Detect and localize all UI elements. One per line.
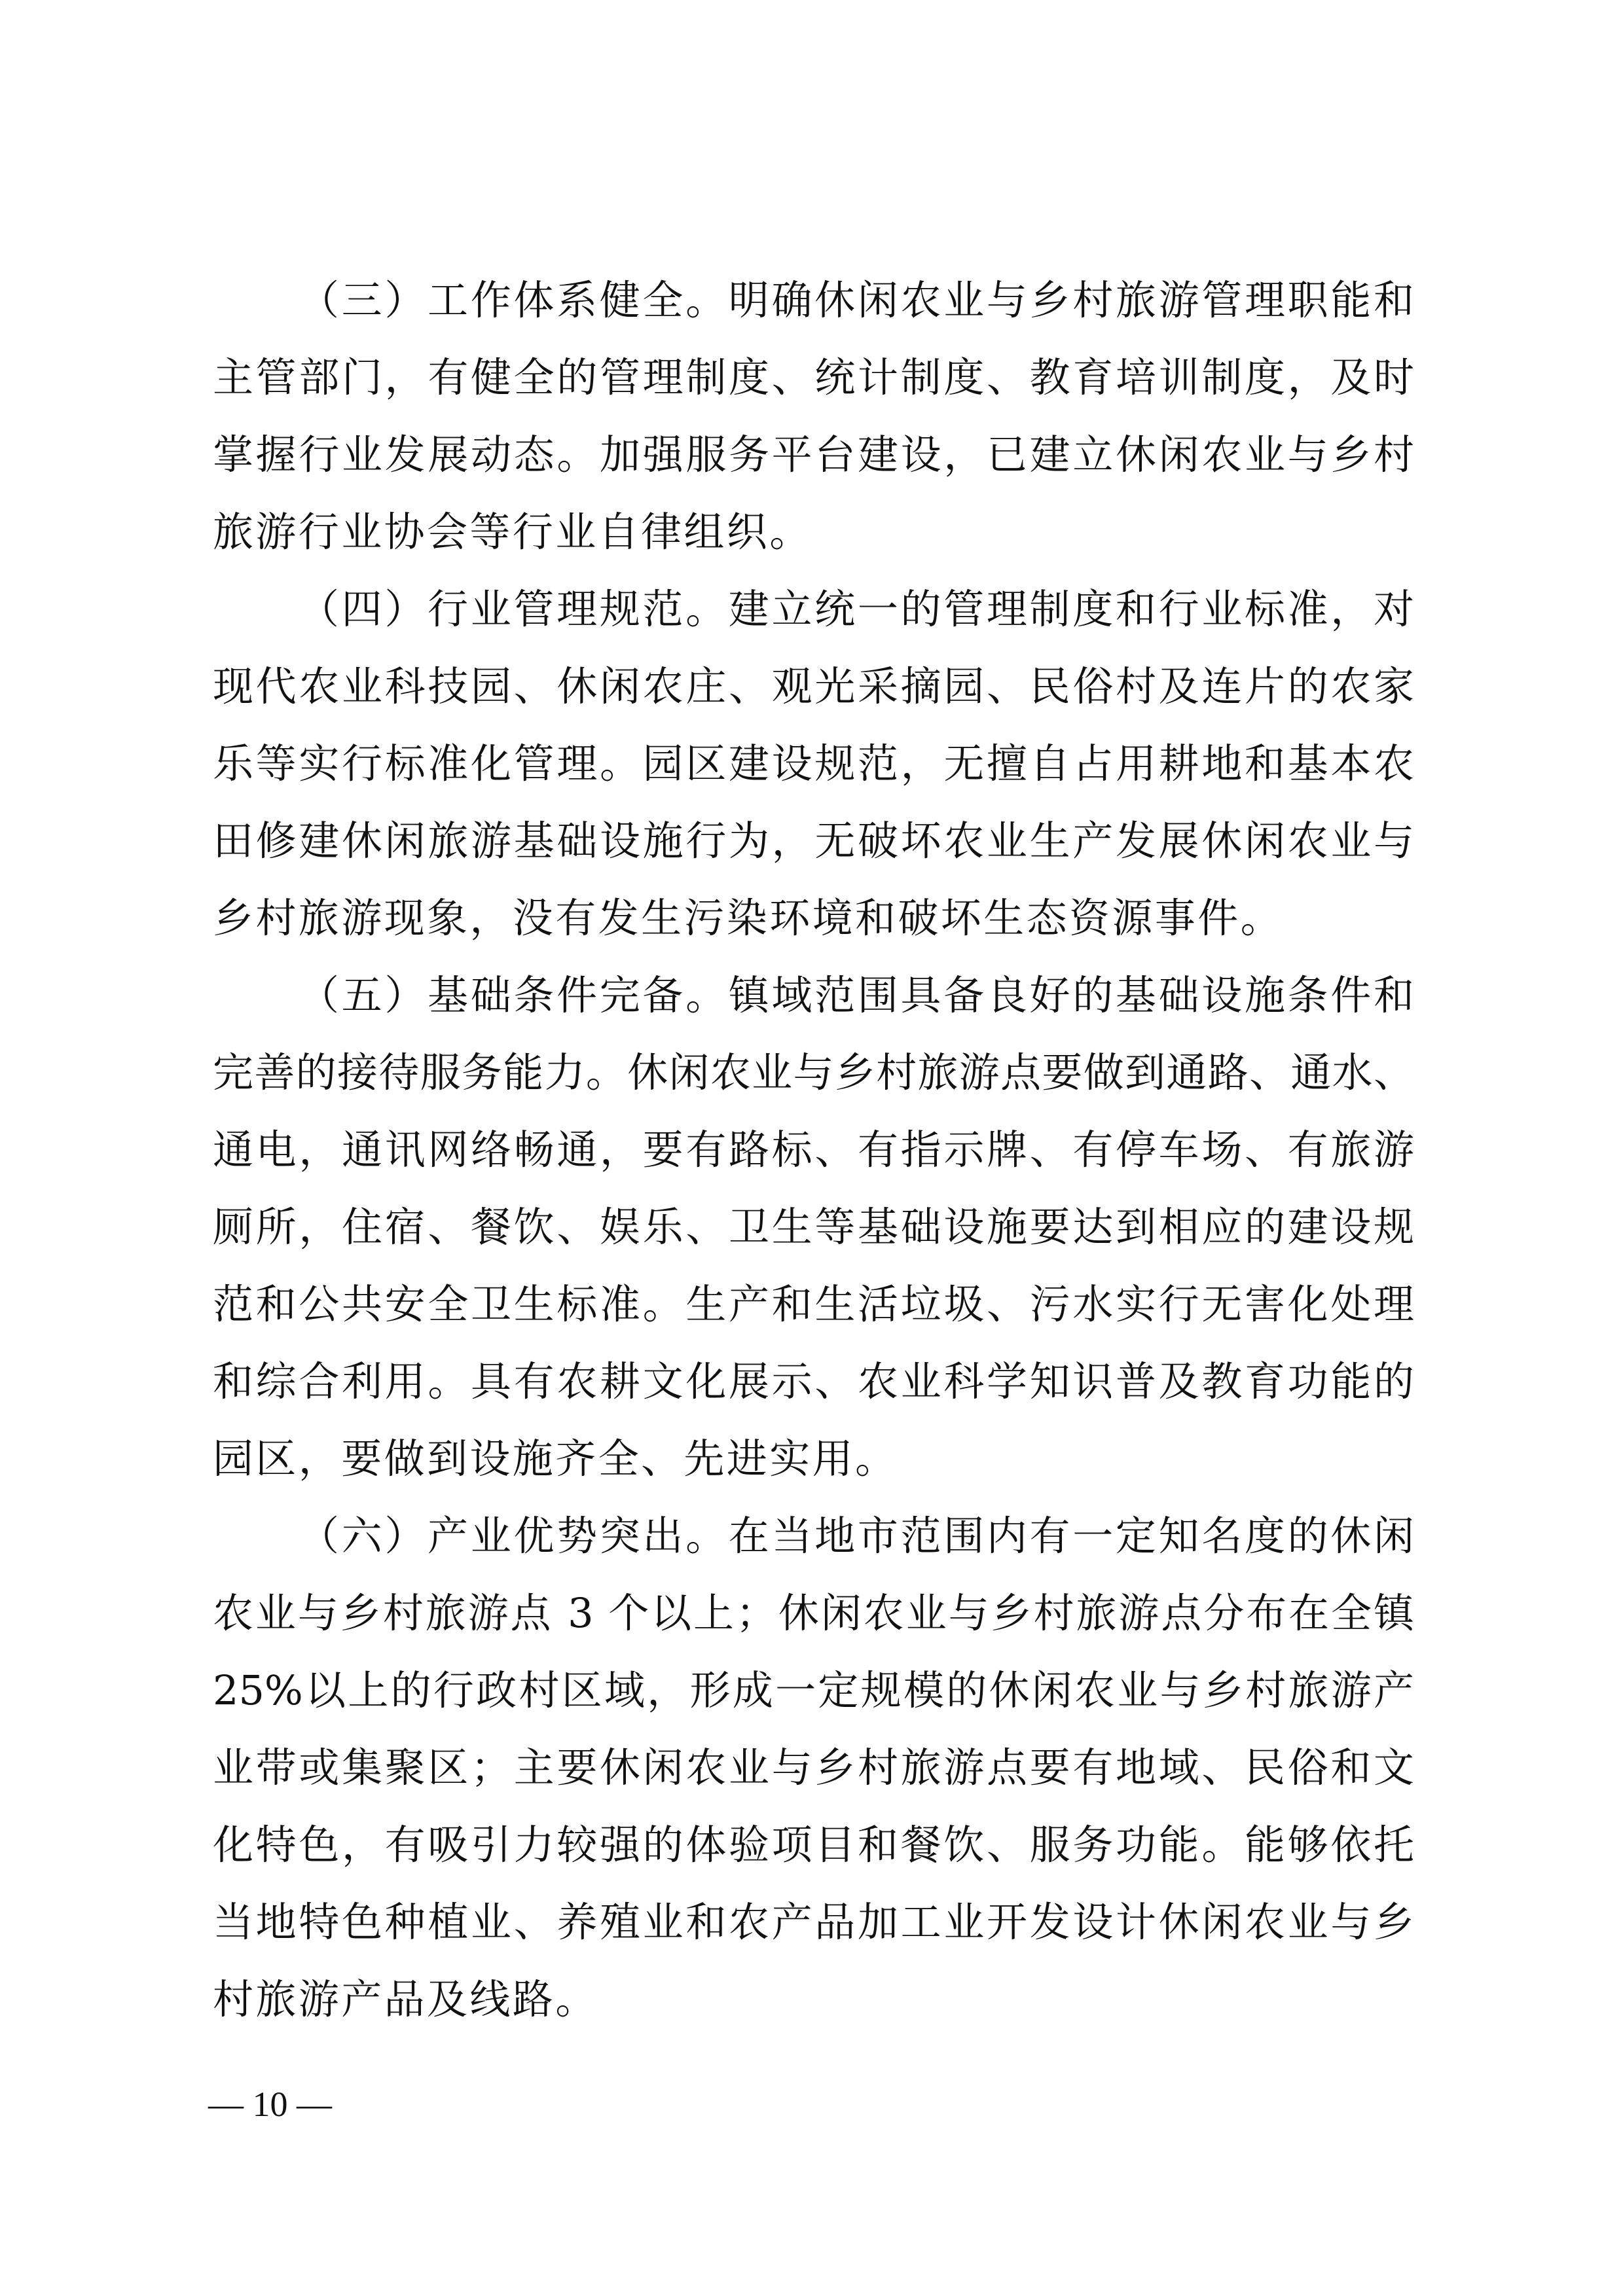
paragraph-line: 村旅游产品及线路。 [213,1961,1414,2038]
paragraph-line: 厕所，住宿、餐饮、娱乐、卫生等基础设施要达到相应的建设规 [213,1189,1414,1266]
paragraph-line: 25%以上的行政村区域，形成一定规模的休闲农业与乡村旅游产 [213,1652,1414,1729]
page-number: — 10 — [208,2081,332,2127]
paragraph-line: 田修建休闲旅游基础设施行为，无破坏农业生产发展休闲农业与 [213,802,1414,880]
paragraph-line: （三）工作体系健全。明确休闲农业与乡村旅游管理职能和 [213,262,1414,339]
paragraph-section-4: （四）行业管理规范。建立统一的管理制度和行业标准，对 现代农业科技园、休闲农庄、… [213,571,1414,957]
paragraph-line: 乡村旅游现象，没有发生污染环境和破坏生态资源事件。 [213,880,1414,957]
paragraph-line: 和综合利用。具有农耕文化展示、农业科学知识普及教育功能的 [213,1343,1414,1420]
paragraph-line: 当地特色种植业、养殖业和农产品加工业开发设计休闲农业与乡 [213,1884,1414,1961]
paragraph-line: 掌握行业发展动态。加强服务平台建设，已建立休闲农业与乡村 [213,416,1414,493]
paragraph-section-5: （五）基础条件完备。镇域范围具备良好的基础设施条件和 完善的接待服务能力。休闲农… [213,957,1414,1498]
paragraph-line: 园区，要做到设施齐全、先进实用。 [213,1420,1414,1498]
paragraph-line: 范和公共安全卫生标准。生产和生活垃圾、污水实行无害化处理 [213,1266,1414,1343]
paragraph-line: 业带或集聚区；主要休闲农业与乡村旅游点要有地域、民俗和文 [213,1729,1414,1806]
document-page: （三）工作体系健全。明确休闲农业与乡村旅游管理职能和 主管部门，有健全的管理制度… [0,0,1623,2296]
paragraph-line: （四）行业管理规范。建立统一的管理制度和行业标准，对 [213,571,1414,648]
paragraph-section-3: （三）工作体系健全。明确休闲农业与乡村旅游管理职能和 主管部门，有健全的管理制度… [213,262,1414,571]
paragraph-line: 现代农业科技园、休闲农庄、观光采摘园、民俗村及连片的农家 [213,648,1414,725]
paragraph-line: 乐等实行标准化管理。园区建设规范，无擅自占用耕地和基本农 [213,725,1414,802]
paragraph-line: 化特色，有吸引力较强的体验项目和餐饮、服务功能。能够依托 [213,1806,1414,1884]
paragraph-line: 农业与乡村旅游点 3 个以上；休闲农业与乡村旅游点分布在全镇 [213,1575,1414,1652]
paragraph-line: 主管部门，有健全的管理制度、统计制度、教育培训制度，及时 [213,339,1414,416]
paragraph-line: 通电，通讯网络畅通，要有路标、有指示牌、有停车场、有旅游 [213,1111,1414,1189]
paragraph-line: （六）产业优势突出。在当地市范围内有一定知名度的休闲 [213,1498,1414,1575]
paragraph-section-6: （六）产业优势突出。在当地市范围内有一定知名度的休闲 农业与乡村旅游点 3 个以… [213,1498,1414,2038]
paragraph-line: 旅游行业协会等行业自律组织。 [213,493,1414,571]
paragraph-line: 完善的接待服务能力。休闲农业与乡村旅游点要做到通路、通水、 [213,1034,1414,1111]
paragraph-line: （五）基础条件完备。镇域范围具备良好的基础设施条件和 [213,957,1414,1034]
body-text: （三）工作体系健全。明确休闲农业与乡村旅游管理职能和 主管部门，有健全的管理制度… [213,262,1414,2038]
